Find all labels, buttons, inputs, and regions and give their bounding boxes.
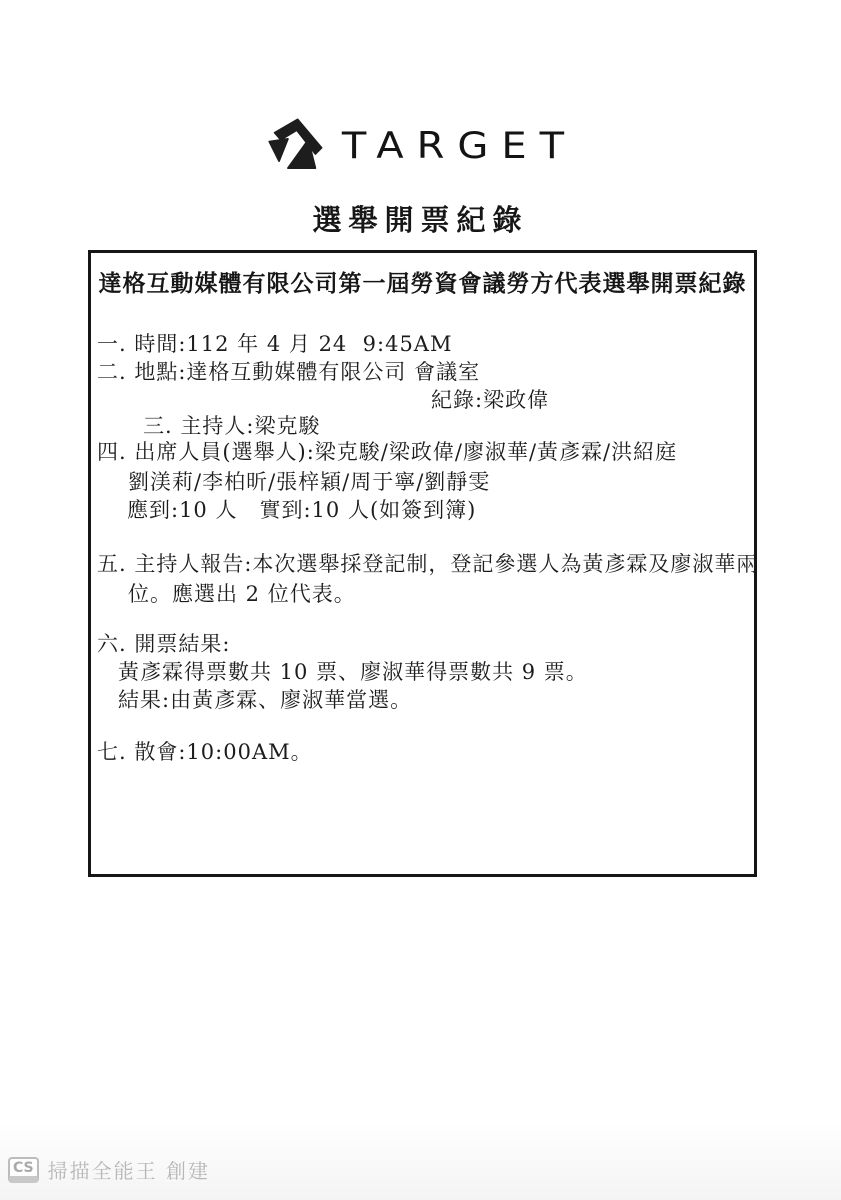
record-line-headcount: 應到:10 人 實到:10 人(如簽到簿) — [127, 497, 476, 523]
record-line-vote-counts: 黃彥霖得票數共 10 票、廖淑華得票數共 9 票。 — [118, 659, 588, 685]
camscanner-badge-icon: CS — [8, 1157, 39, 1183]
record-chairman: 三. 主持人:梁克駿 — [143, 414, 320, 438]
record-recorder: 紀錄:梁政偉 — [431, 387, 549, 413]
brand-logo: TARGET — [0, 114, 841, 178]
scanner-watermark-text: 掃描全能王 創建 — [48, 1155, 210, 1184]
scanned-document-page: TARGET 選舉開票紀錄 達格互動媒體有限公司第一屆勞資會議勞方代表選舉開票紀… — [0, 0, 841, 1200]
record-line-chair-report: 五. 主持人報告:本次選舉採登記制，登記參選人為黃彥霖及廖淑華兩 — [97, 551, 758, 577]
record-line-adjourn: 七. 散會:10:00AM。 — [97, 739, 313, 765]
record-line-time: 一. 時間:112 年 4 月 24 9:45AM — [97, 331, 452, 357]
record-box: 達格互動媒體有限公司第一屆勞資會議勞方代表選舉開票紀錄 一. 時間:112 年 … — [88, 250, 757, 877]
target-logo-icon — [264, 114, 326, 178]
document-title: 選舉開票紀錄 — [0, 198, 841, 239]
record-line-attendees: 四. 出席人員(選舉人):梁克駿/梁政偉/廖淑華/黃彥霖/洪紹庭 — [97, 439, 677, 465]
record-line-elected: 結果:由黃彥霖、廖淑華當選。 — [118, 687, 412, 713]
brand-wordmark: TARGET — [342, 128, 577, 165]
record-line-result-title: 六. 開票結果: — [97, 631, 230, 657]
scanner-watermark: CS 掃描全能王 創建 — [8, 1155, 210, 1184]
record-line-chair-report-cont: 位。應選出 2 位代表。 — [128, 581, 356, 607]
record-heading: 達格互動媒體有限公司第一屆勞資會議勞方代表選舉開票紀錄 — [91, 265, 754, 298]
record-line-attendees-cont: 劉渼莉/李柏昕/張梓穎/周于寧/劉靜雯 — [128, 469, 490, 495]
record-line-location: 二. 地點:達格互動媒體有限公司 會議室 — [97, 359, 480, 385]
